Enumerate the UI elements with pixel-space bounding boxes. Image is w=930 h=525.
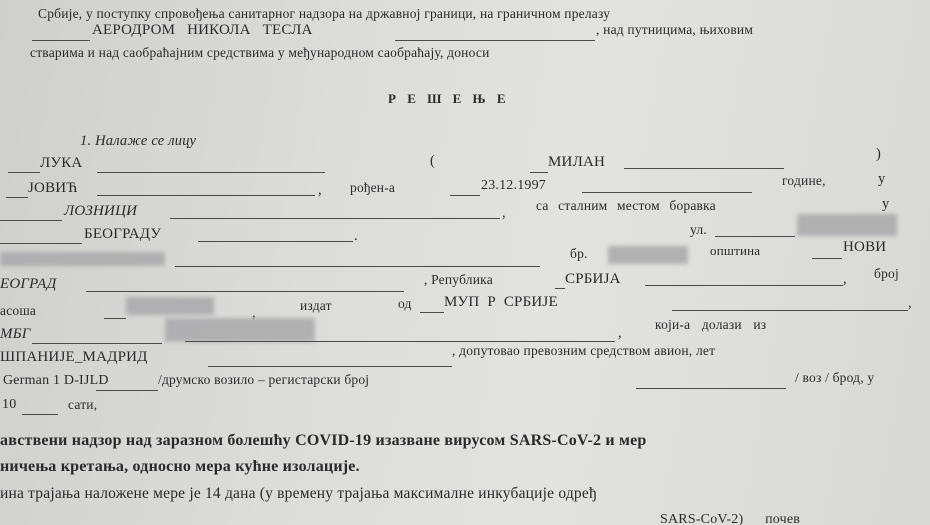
- travel-text: , допутовао превозним средством авион, л…: [452, 343, 715, 359]
- blank-line: [582, 192, 752, 193]
- municipality-part-1: НОВИ: [843, 239, 886, 256]
- flight-number: German 1 D-IJLD: [3, 373, 109, 389]
- section-heading: 1. Налаже се лицу: [80, 133, 196, 150]
- blank-line: [170, 218, 500, 219]
- blank-line: [208, 366, 452, 367]
- intro-line-3: стварима и над саобраћајним средствима у…: [30, 45, 490, 61]
- birthplace: ЛОЗНИЦИ: [64, 203, 137, 220]
- street-label: ул.: [690, 222, 707, 238]
- blank-line: [555, 288, 565, 289]
- blank-line: [97, 172, 325, 173]
- blank-line: [0, 220, 62, 221]
- issued-by-label: од: [398, 296, 412, 312]
- blank-line: [450, 195, 480, 196]
- birth-date: 23.12.1997: [481, 178, 546, 194]
- intro-line-2-tail: , над путницима, њиховим: [596, 22, 753, 38]
- last-line: SARS-CoV-2) почев: [660, 512, 800, 525]
- comma: ,: [618, 325, 622, 342]
- origin: ШПАНИЈЕ_МАДРИД: [0, 349, 148, 366]
- measure-line-2: ничења кретања, односно мера кућне изола…: [0, 458, 360, 476]
- blank-line: [530, 172, 548, 173]
- coming-text: који-а долази из: [655, 317, 766, 333]
- blank-line: [645, 285, 843, 286]
- blank-line: [185, 341, 615, 342]
- born-label: рођен-а: [350, 180, 395, 196]
- blank-line: [8, 172, 40, 173]
- comma: ,: [908, 295, 912, 312]
- redacted-jmbg: [165, 318, 315, 342]
- number-label: бр.: [570, 246, 588, 262]
- parent-name: МИЛАН: [548, 154, 605, 171]
- blank-line: [672, 310, 908, 311]
- municipality-label: општина: [710, 243, 760, 259]
- redacted-street: [797, 214, 897, 236]
- blank-line: [175, 266, 540, 267]
- number-word: број: [874, 266, 899, 282]
- train-ship-text: / воз / брод, у: [795, 370, 874, 386]
- municipality-part-2: ЕОГРАД: [0, 276, 57, 293]
- blank-line: [32, 343, 162, 344]
- republic-label: , Република: [424, 272, 493, 288]
- crossing-name: АЕРОДРОМ НИКОЛА ТЕСЛА: [92, 22, 313, 39]
- document-page: Србије, у поступку спровођења санитарног…: [0, 0, 930, 525]
- measure-line-1: авствени надзор над заразном болешћу COV…: [0, 432, 647, 450]
- paren-open: (: [430, 153, 435, 170]
- redacted-street-cont: [0, 252, 165, 266]
- comma: ,: [843, 271, 847, 288]
- blank-line: [22, 414, 58, 415]
- period: .: [354, 228, 358, 245]
- redacted-number: [608, 246, 688, 264]
- residence-city: БЕОГРАДУ: [84, 226, 161, 243]
- blank-line: [715, 236, 795, 237]
- blank-line: [624, 168, 784, 169]
- blank-line: [6, 197, 28, 198]
- passport-label: асоша: [0, 303, 36, 319]
- blank-line: [198, 241, 353, 242]
- republic: СРБИЈА: [565, 271, 621, 288]
- blank-line: [86, 291, 404, 292]
- comma: ,: [502, 205, 506, 222]
- document-title: Р Е Ш Е Њ Е: [388, 91, 510, 107]
- redacted-passport: [126, 297, 214, 315]
- vehicle-text: /друмско возило – регистарски број: [158, 372, 369, 388]
- blank-line: [0, 243, 82, 244]
- surname: ЈОВИЋ: [28, 180, 78, 197]
- blank-line: [96, 390, 158, 391]
- intro-line-1: Србије, у поступку спровођења санитарног…: [38, 6, 610, 22]
- duration-line: ина трајања наложене мере је 14 дана (у …: [0, 485, 597, 503]
- paren-close: ): [876, 146, 881, 163]
- blank-line: [97, 195, 315, 196]
- issuer: МУП Р СРБИЈЕ: [444, 294, 558, 311]
- blank-line: [636, 388, 786, 389]
- residence-text: са сталним местом боравка: [536, 198, 716, 214]
- blank-line: [420, 312, 444, 313]
- in-label: у: [882, 196, 889, 213]
- blank-line: [104, 318, 126, 319]
- hours-label: сати,: [68, 397, 97, 413]
- blank-line: [395, 40, 595, 41]
- jmbg-label: МБГ: [0, 326, 30, 343]
- year-label: године,: [782, 173, 826, 189]
- hour: 10: [2, 397, 16, 413]
- blank-line: [812, 258, 842, 259]
- blank-line: [32, 40, 90, 41]
- in-label: у: [878, 171, 885, 188]
- comma: ,: [318, 182, 322, 199]
- first-name: ЛУКА: [40, 155, 82, 172]
- issued-label: издат: [300, 298, 332, 314]
